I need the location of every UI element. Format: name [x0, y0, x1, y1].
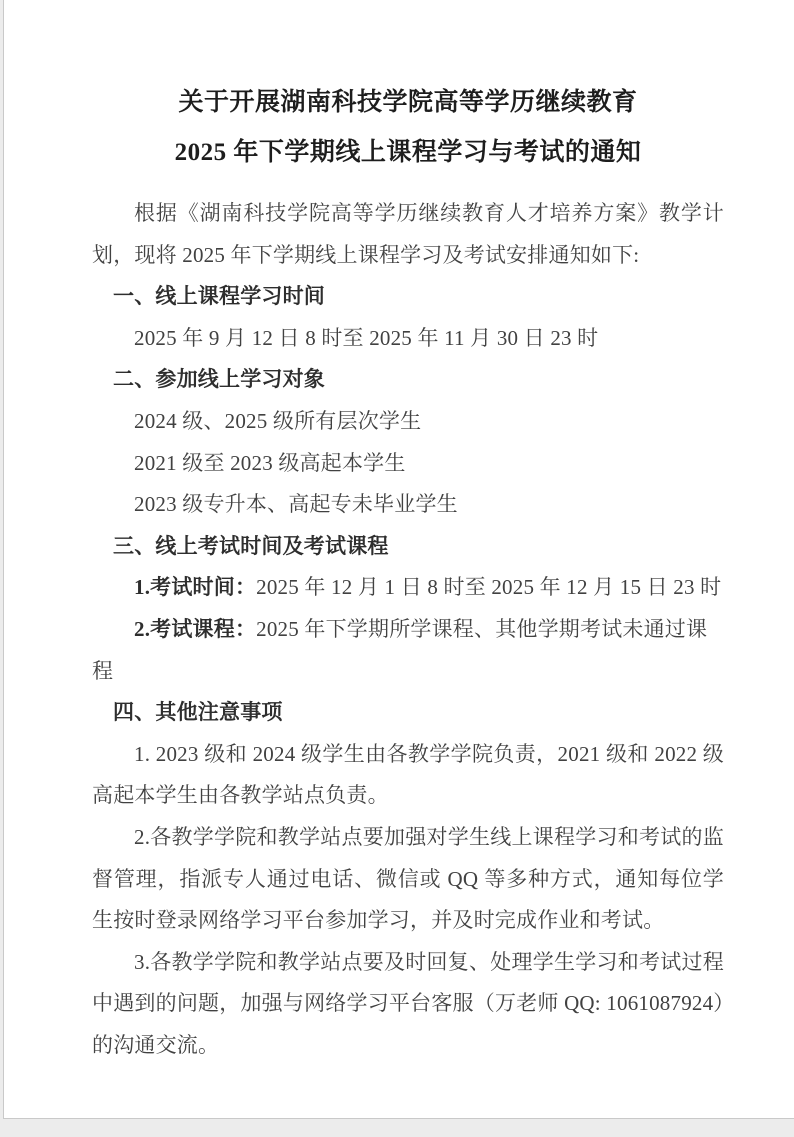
- section-2-line-3: 2023 级专升本、高起专未毕业学生: [92, 484, 724, 526]
- section-4-paragraph-1: 1. 2023 级和 2024 级学生由各教学学院负责，2021 级和 2022…: [92, 734, 724, 817]
- intro-paragraph: 根据《湖南科技学院高等学历继续教育人才培养方案》教学计划，现将 2025 年下学…: [92, 193, 724, 276]
- section-4-paragraph-2: 2.各教学学院和教学站点要加强对学生线上课程学习和考试的监督管理，指派专人通过电…: [92, 817, 724, 942]
- section-3-heading: 三、线上考试时间及考试课程: [92, 526, 724, 568]
- title-line-2: 2025 年下学期线上课程学习与考试的通知: [92, 128, 724, 178]
- document-viewer: 关于开展湖南科技学院高等学历继续教育 2025 年下学期线上课程学习与考试的通知…: [0, 0, 794, 1137]
- document-title: 关于开展湖南科技学院高等学历继续教育 2025 年下学期线上课程学习与考试的通知: [92, 78, 724, 178]
- section-1-heading: 一、线上课程学习时间: [92, 276, 724, 318]
- document-page: 关于开展湖南科技学院高等学历继续教育 2025 年下学期线上课程学习与考试的通知…: [3, 0, 794, 1119]
- section-2-line-2: 2021 级至 2023 级高起本学生: [92, 443, 724, 485]
- section-2-heading: 二、参加线上学习对象: [92, 359, 724, 401]
- page-content: 关于开展湖南科技学院高等学历继续教育 2025 年下学期线上课程学习与考试的通知…: [4, 0, 794, 1066]
- exam-course-label: 2.考试课程：: [134, 617, 256, 641]
- section-3-item-2: 2.考试课程：2025 年下学期所学课程、其他学期考试未通过课程: [92, 609, 724, 692]
- exam-time-value: 2025 年 12 月 1 日 8 时至 2025 年 12 月 15 日 23…: [256, 575, 721, 599]
- section-1-line: 2025 年 9 月 12 日 8 时至 2025 年 11 月 30 日 23…: [92, 318, 724, 360]
- section-3-item-1: 1.考试时间：2025 年 12 月 1 日 8 时至 2025 年 12 月 …: [92, 567, 724, 609]
- section-4-paragraph-3: 3.各教学学院和教学站点要及时回复、处理学生学习和考试过程中遇到的问题，加强与网…: [92, 942, 724, 1067]
- exam-time-label: 1.考试时间：: [134, 575, 256, 599]
- section-2-line-1: 2024 级、2025 级所有层次学生: [92, 401, 724, 443]
- title-line-1: 关于开展湖南科技学院高等学历继续教育: [92, 78, 724, 128]
- section-4-heading: 四、其他注意事项: [92, 692, 724, 734]
